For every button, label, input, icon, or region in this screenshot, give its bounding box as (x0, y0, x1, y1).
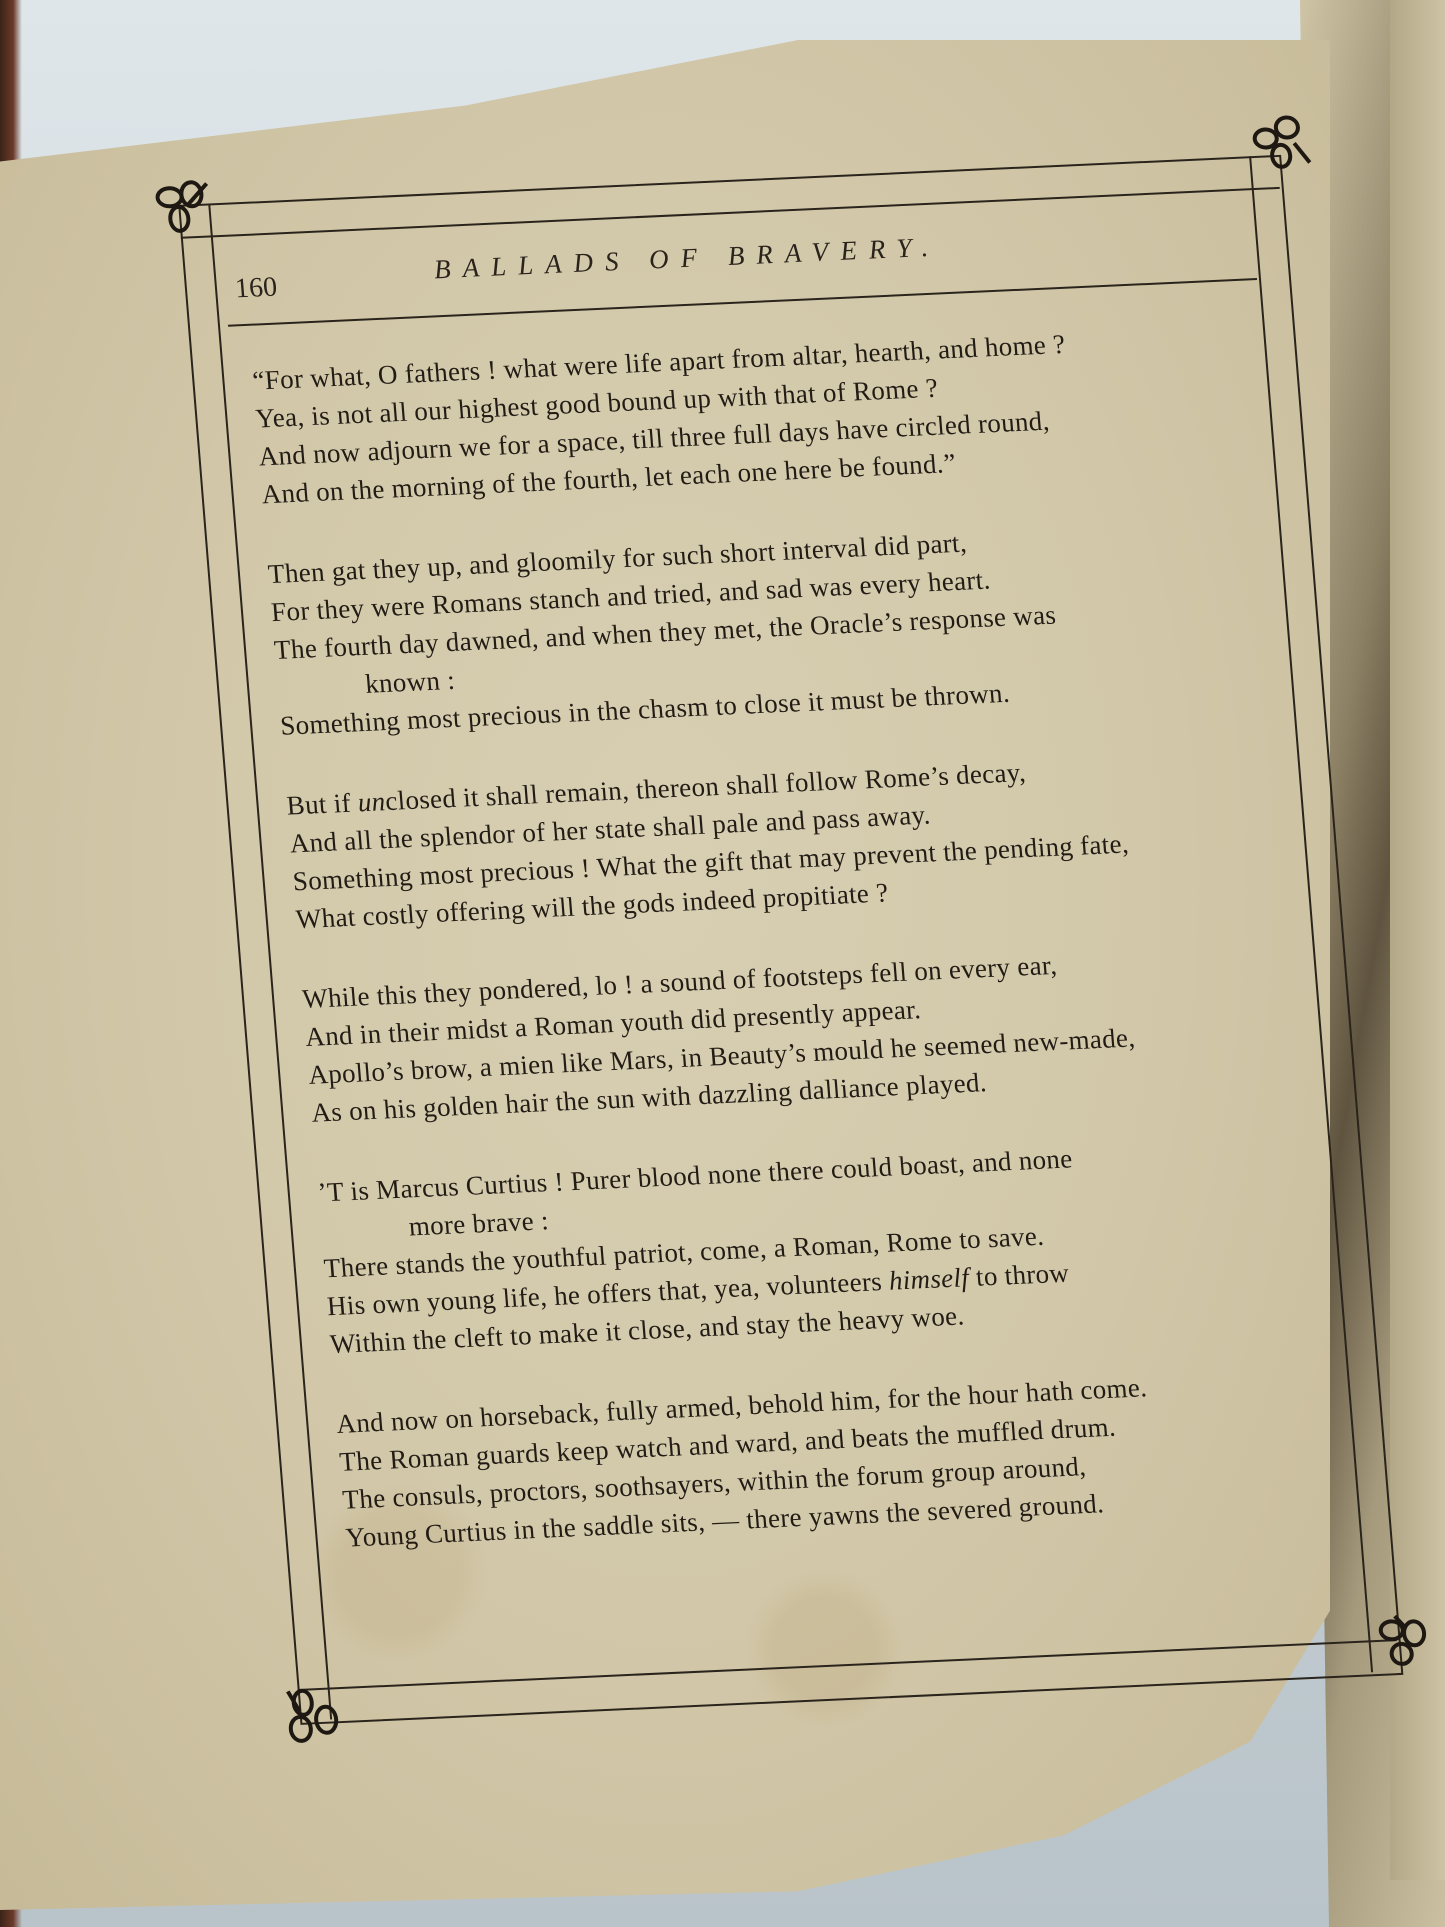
poem-body: “For what, O fathers ! what were life ap… (251, 316, 1359, 1599)
ribbon-ornament-icon (1364, 1604, 1440, 1677)
line-text: But if (285, 787, 358, 820)
page-content: 160 BALLADS OF BRAVERY. “For what, O fat… (175, 114, 1422, 1761)
italic-emphasis: himself (888, 1262, 970, 1296)
stanza: But if unclosed it shall remain, thereon… (285, 741, 1306, 938)
italic-emphasis: un (357, 786, 387, 817)
ribbon-ornament-icon (1243, 108, 1319, 181)
stanza: While this they pondered, lo ! a sound o… (301, 934, 1322, 1131)
stanza: ’T is Marcus Curtius ! Purer blood none … (316, 1128, 1340, 1363)
ribbon-ornament-icon (146, 173, 222, 246)
line-text: to throw (968, 1258, 1071, 1292)
stanza: Then gat they up, and gloomily for such … (267, 509, 1291, 744)
page-number: 160 (234, 272, 279, 306)
stanza: And now on horseback, fully armed, behol… (335, 1359, 1356, 1556)
ribbon-ornament-icon (277, 1679, 353, 1752)
